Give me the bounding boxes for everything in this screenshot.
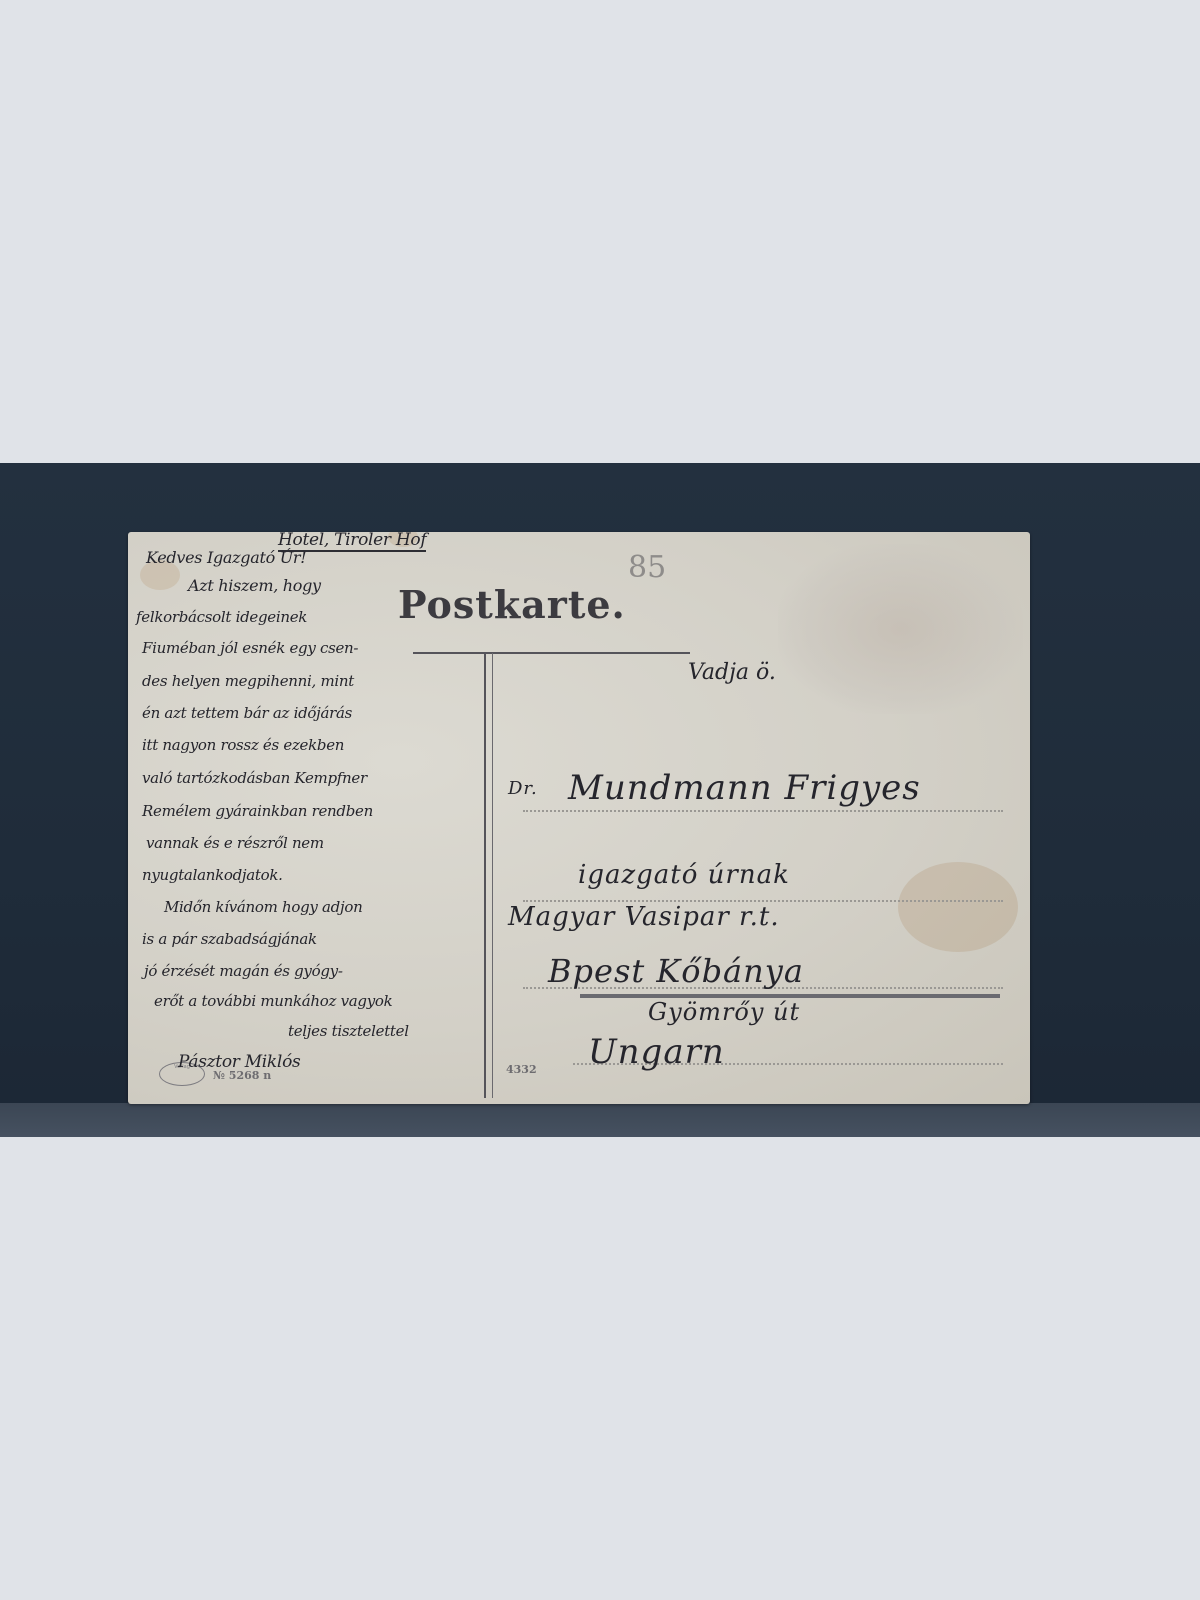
postcard: Postkarte. Verlag № 5268 n 4332 Hotel, T… <box>128 532 1030 1104</box>
message-line: való tartózkodásban Kempfner <box>142 769 367 787</box>
message-line: felkorbácsolt idegeinek <box>136 608 307 626</box>
message-line: des helyen megpihenni, mint <box>142 672 354 690</box>
company: Magyar Vasipar r.t. <box>508 902 780 932</box>
address-line <box>523 810 1003 812</box>
message-line: nyugtalankodjatok. <box>142 866 283 884</box>
message-line: Midőn kívánom hogy adjon <box>164 898 362 916</box>
postkarte-heading: Postkarte. <box>398 582 626 627</box>
recipient-title: igazgató úrnak <box>578 860 790 890</box>
message-line: erőt a további munkához vagyok <box>154 992 392 1010</box>
removed-stamp-area <box>778 544 1023 714</box>
country: Ungarn <box>588 1032 725 1072</box>
pencil-note: 85 <box>628 550 666 585</box>
street: Gyömrőy út <box>648 998 800 1026</box>
message-line: én azt tettem bár az időjárás <box>142 704 352 722</box>
place-note: Vadja ö. <box>688 660 776 685</box>
honorific: Dr. <box>508 778 538 799</box>
recipient-name: Mundmann Frigyes <box>568 768 921 808</box>
heading-rule <box>413 652 690 654</box>
message-line: teljes tisztelettel <box>288 1022 409 1040</box>
salutation: Kedves Igazgató Úr! <box>146 548 306 567</box>
vertical-divider <box>484 653 493 1098</box>
message-line: is a pár szabadságjának <box>142 930 317 948</box>
message-line: jó érzését magán és gyógy- <box>144 962 343 980</box>
stain <box>898 862 1018 952</box>
message-line: Remélem gyárainkban rendben <box>142 802 373 820</box>
message-line: itt nagyon rossz és ezekben <box>142 736 344 754</box>
message-line: Azt hiszem, hogy <box>188 576 321 595</box>
card-number: 4332 <box>506 1063 537 1076</box>
signature: Pásztor Miklós <box>178 1052 300 1072</box>
display-shelf <box>0 1103 1200 1137</box>
city: Bpest Kőbánya <box>548 952 804 990</box>
message-line: Fiuméban jól esnék egy csen- <box>142 639 358 657</box>
message-line: vannak és e részről nem <box>146 834 324 852</box>
